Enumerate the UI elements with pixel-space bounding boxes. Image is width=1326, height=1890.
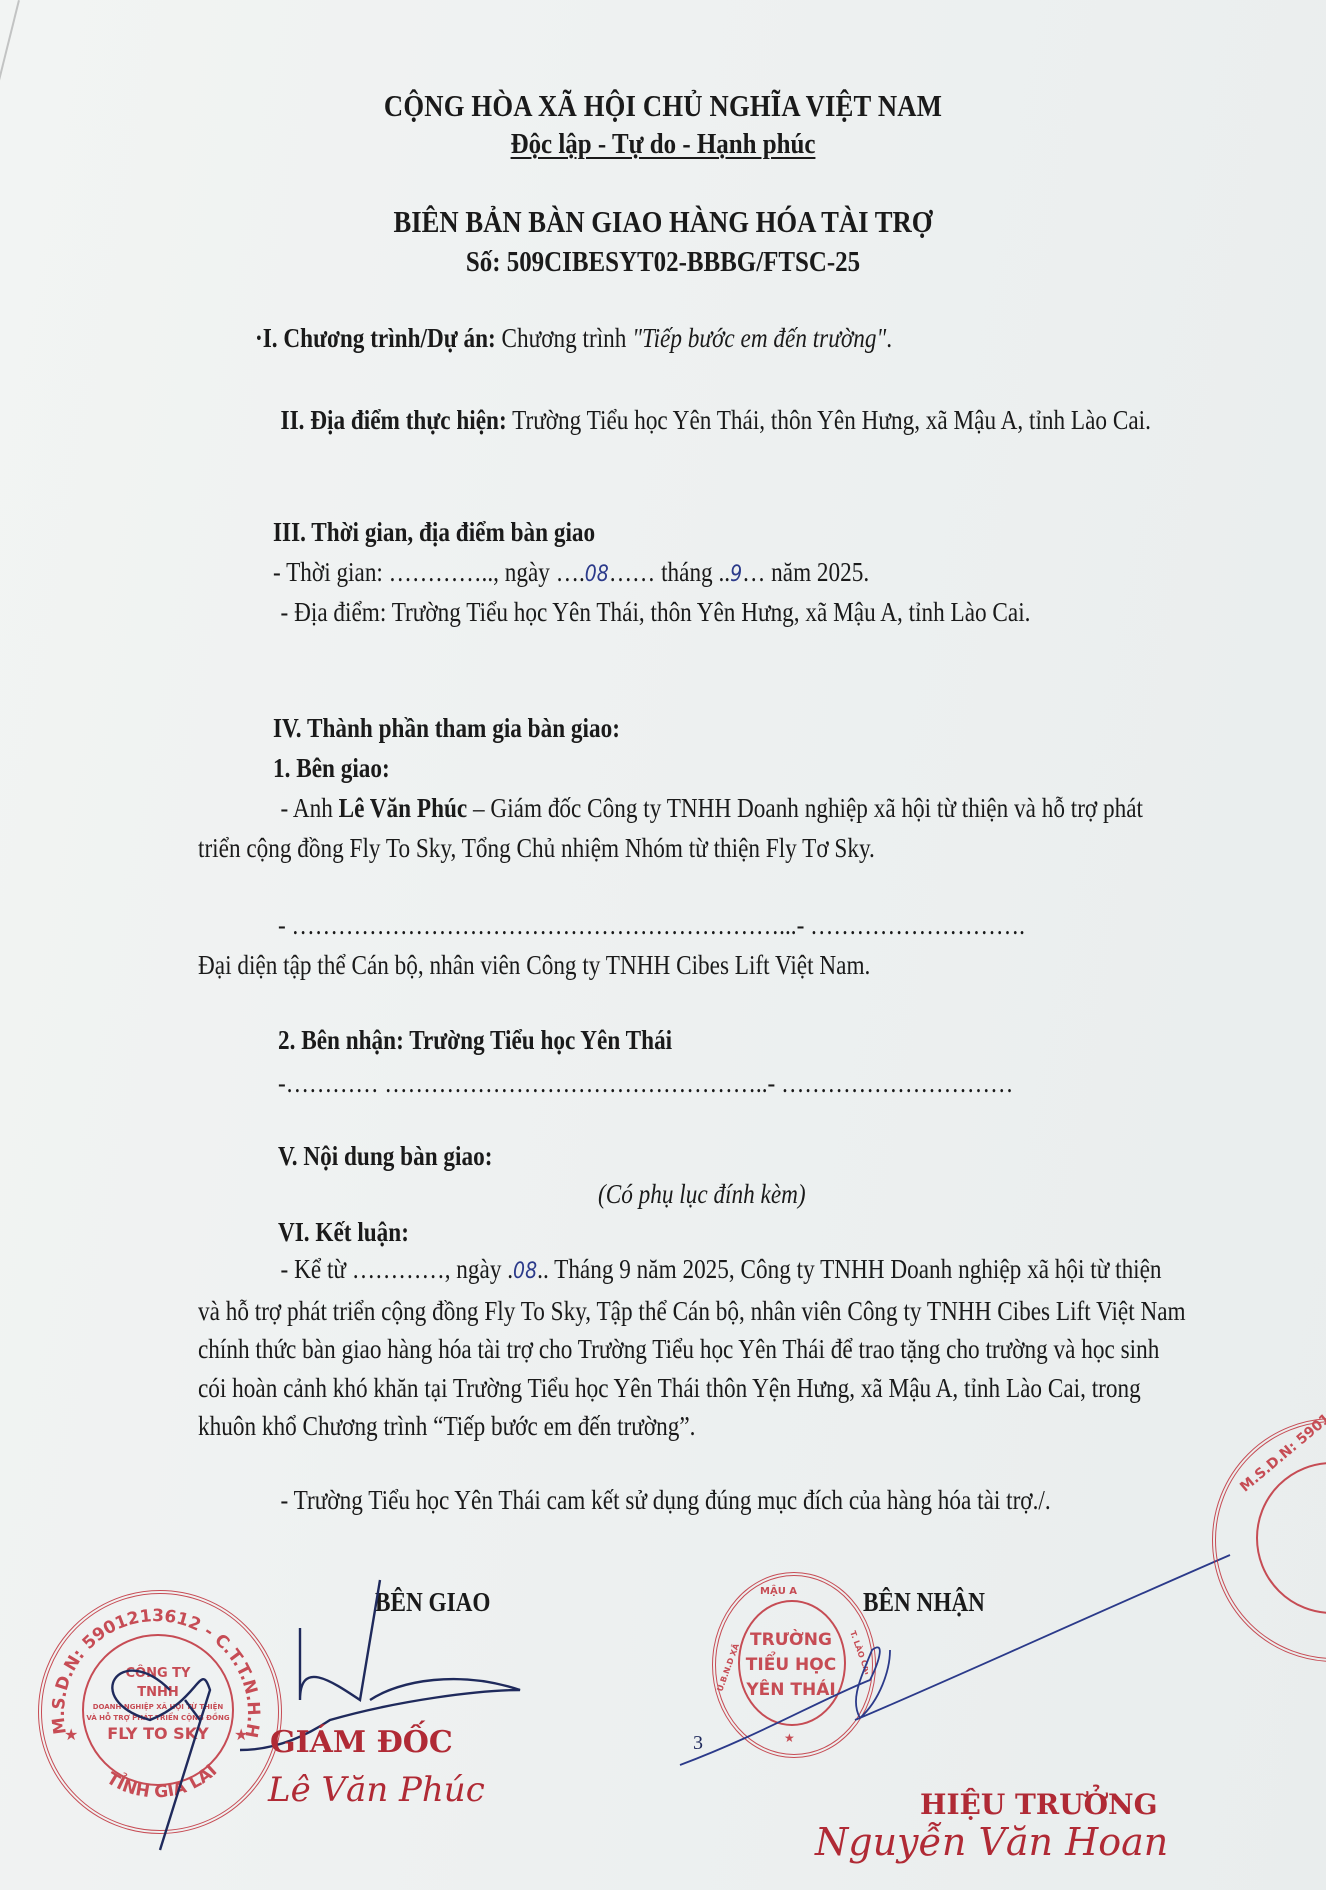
- receiver-signature-scribble: [0, 0, 1326, 1890]
- receiver-printed-name: Nguyễn Văn Hoan: [815, 1820, 1168, 1864]
- page-mark: 3: [693, 1732, 703, 1755]
- receiver-title: HIỆU TRƯỞNG: [920, 1788, 1157, 1821]
- document-page: CỘNG HÒA XÃ HỘI CHỦ NGHĨA VIỆT NAM Độc l…: [0, 0, 1326, 1890]
